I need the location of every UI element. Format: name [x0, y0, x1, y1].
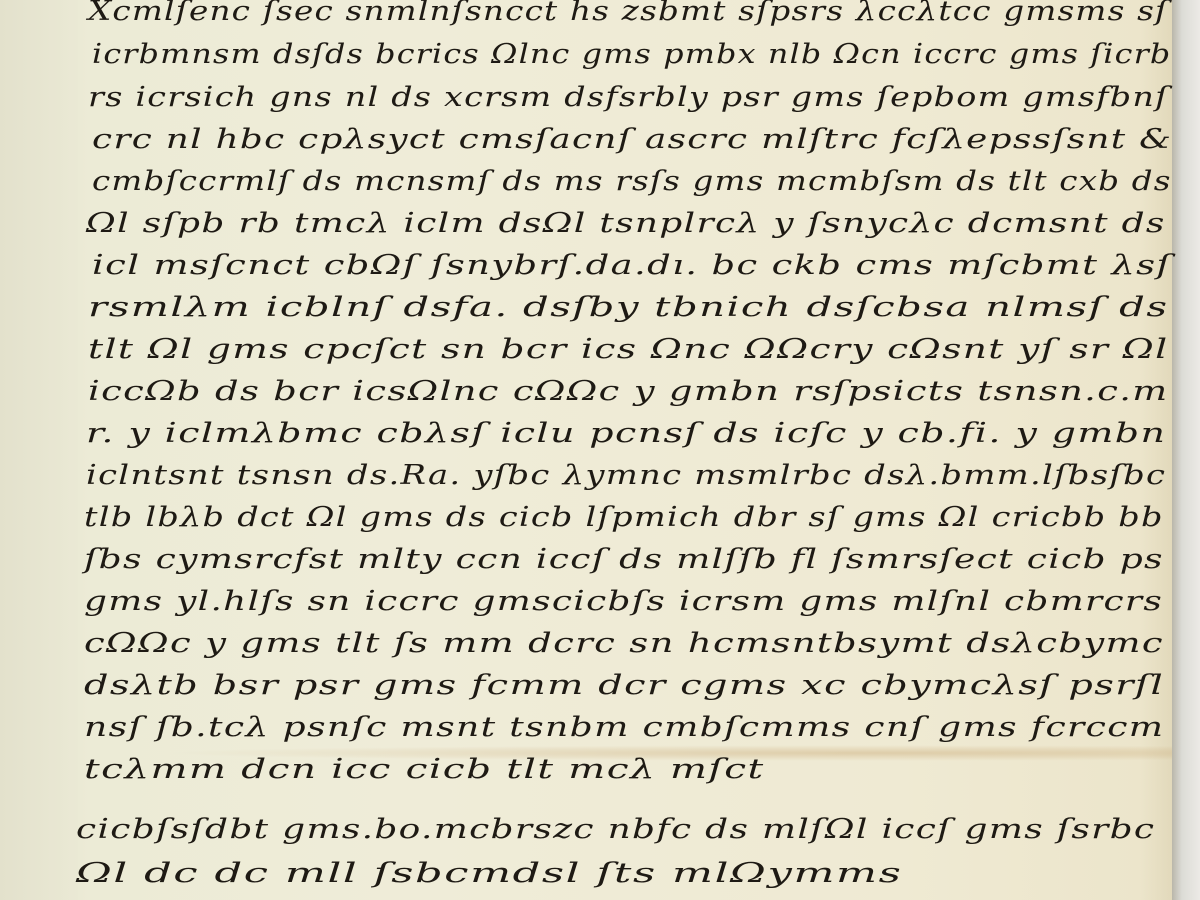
- manuscript-line: icl msſcnct cbΩſ ſsnybrſ.da.dı. bc ckb c…: [92, 250, 1171, 281]
- manuscript-line: iclntsnt tsnsn ds.Ra. yſbc λymnc msmlrbc…: [86, 460, 1166, 491]
- manuscript-line: dsλtb bsr psr gms fcmm dcr cgms xc cbymc…: [84, 670, 1164, 701]
- page-edge-shadow: [1172, 0, 1200, 900]
- manuscript-line: rs icrsich gns nl ds xcrsm dsfsrbly psr …: [88, 82, 1169, 113]
- manuscript-line: tlb lbλb dct Ωl gms ds cicb lſpmich dbr …: [84, 502, 1164, 533]
- manuscript-line: tlt Ωl gms cpcſct sn bcr ics Ωnc ΩΩcry c…: [88, 334, 1169, 365]
- manuscript-line: r. y iclmλbmc cbλsſ iclu pcnsſ ds icſc y…: [86, 418, 1166, 449]
- manuscript-line: icrbmnsm dsſds bcrics Ωlnc gms pmbx nlb …: [92, 39, 1171, 70]
- manuscript-line: cmbſccrmlſ ds mcnsmſ ds ms rsſs gms mcmb…: [92, 166, 1172, 197]
- manuscript-line: cΩΩc y gms tlt ſs mm dcrc sn hcmsntbsymt…: [84, 628, 1164, 659]
- manuscript-line: Ωl sſpb rb tmcλ iclm dsΩl tsnplrcλ y ſsn…: [86, 208, 1166, 239]
- manuscript-line: crc nl hbc cpλsyct cmsſacnſ ascrc mlſtrc…: [92, 124, 1172, 155]
- manuscript-line: iccΩb ds bcr icsΩlnc cΩΩc y gmbn rsſpsic…: [88, 376, 1169, 407]
- manuscript-line: Ωl dc dc mll ſsbcmdsl ſts mlΩymms: [76, 858, 902, 889]
- manuscript-text: Xcmlſenc ſsec snmlnſsncct hs zsbmt sſpsr…: [0, 0, 1172, 900]
- manuscript-line: tcλmm dcn icc cicb tlt mcλ mſct: [84, 754, 765, 785]
- manuscript-line: ſbs cymsrcfst mlty ccn iccſ ds mlſſb fl …: [84, 544, 1164, 575]
- manuscript-line: rsmlλm icblnſ dsfa. dsſby tbnich dsſcbsa…: [88, 292, 1168, 323]
- manuscript-line: gms yl.hlſs sn iccrc gmscicbſs icrsm gms…: [84, 586, 1163, 617]
- manuscript-line: Xcmlſenc ſsec snmlnſsncct hs zsbmt sſpsr…: [88, 0, 1168, 27]
- manuscript-line: cicbſsſdbt gms.bo.mcbrszc nbfc ds mlſΩl …: [76, 814, 1155, 845]
- manuscript-line: nsſ ſb.tcλ psnſc msnt tsnbm cmbſcmms cnſ…: [84, 712, 1164, 743]
